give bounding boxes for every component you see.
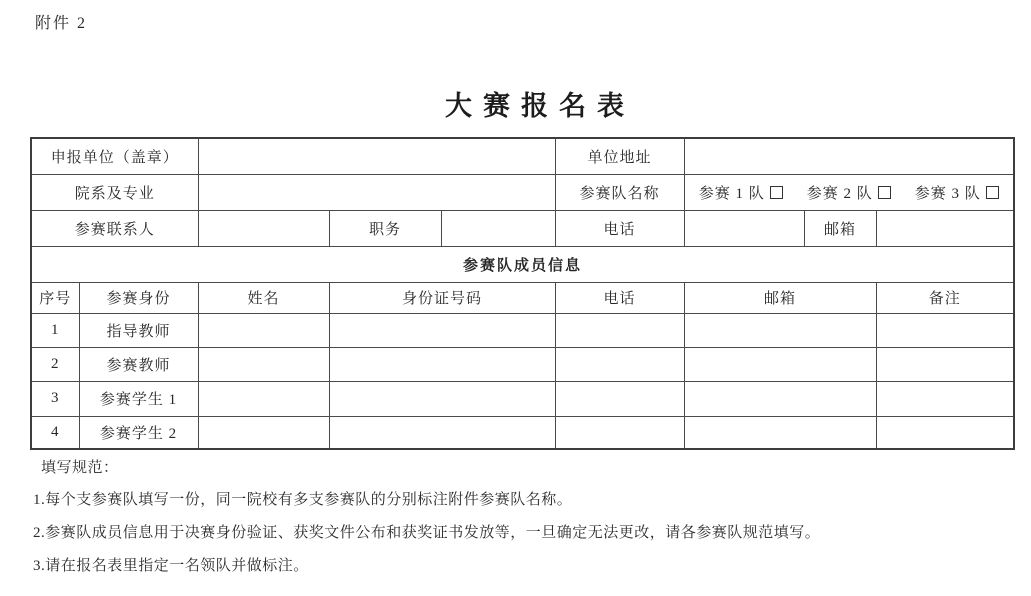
member-row-4: 4 参赛学生 2 <box>31 416 1014 449</box>
contact-email-input-cell[interactable] <box>876 210 1014 246</box>
position-label: 职务 <box>329 210 441 246</box>
member-4-id-cell[interactable] <box>329 416 555 449</box>
team-option-3-label: 参赛 3 队 <box>915 182 981 203</box>
member-2-no: 2 <box>31 347 79 381</box>
member-3-role: 参赛学生 1 <box>79 381 198 416</box>
member-2-email-cell[interactable] <box>684 347 876 381</box>
page-title: 大赛报名表 <box>40 84 1031 123</box>
team-option-3: 参赛 3 队 <box>915 182 999 203</box>
member-4-remark-cell[interactable] <box>876 416 1014 449</box>
member-2-phone-cell[interactable] <box>555 347 684 381</box>
unit-address-input-cell[interactable] <box>684 138 1014 174</box>
declaring-unit-input-cell[interactable] <box>198 138 555 174</box>
member-row-3: 3 参赛学生 1 <box>31 381 1014 416</box>
contact-label: 参赛联系人 <box>31 210 198 246</box>
declaring-unit-label: 申报单位（盖章） <box>31 138 198 174</box>
member-4-phone-cell[interactable] <box>555 416 684 449</box>
contact-input-cell[interactable] <box>198 210 329 246</box>
header-id-number: 身份证号码 <box>329 282 555 313</box>
member-1-remark-cell[interactable] <box>876 313 1014 347</box>
member-1-id-cell[interactable] <box>329 313 555 347</box>
row-contact: 参赛联系人 职务 电话 邮箱 <box>31 210 1014 246</box>
team-3-checkbox[interactable] <box>986 186 999 199</box>
row-members-section: 参赛队成员信息 <box>31 246 1014 282</box>
team-2-checkbox[interactable] <box>878 186 891 199</box>
member-4-no: 4 <box>31 416 79 449</box>
member-2-remark-cell[interactable] <box>876 347 1014 381</box>
row-declaring-unit: 申报单位（盖章） 单位地址 <box>31 138 1014 174</box>
member-1-phone-cell[interactable] <box>555 313 684 347</box>
registration-form-table: 申报单位（盖章） 单位地址 院系及专业 参赛队名称 参赛 1 队 参赛 2 队 … <box>30 137 1015 450</box>
header-name: 姓名 <box>198 282 329 313</box>
contact-phone-input-cell[interactable] <box>684 210 804 246</box>
team-options-cell: 参赛 1 队 参赛 2 队 参赛 3 队 <box>684 174 1014 210</box>
document-page: 附件 2 大赛报名表 申报单位（盖章） 单位地址 院系及专业 参赛队名称 参赛 … <box>0 0 1031 596</box>
header-phone: 电话 <box>555 282 684 313</box>
instruction-item-2: 2.参赛队成员信息用于决赛身份验证、获奖文件公布和获奖证书发放等，一旦确定无法更… <box>33 524 1013 543</box>
department-major-label: 院系及专业 <box>31 174 198 210</box>
header-role: 参赛身份 <box>79 282 198 313</box>
member-row-2: 2 参赛教师 <box>31 347 1014 381</box>
contact-email-label: 邮箱 <box>804 210 876 246</box>
member-1-role: 指导教师 <box>79 313 198 347</box>
member-4-email-cell[interactable] <box>684 416 876 449</box>
header-remark: 备注 <box>876 282 1014 313</box>
member-2-id-cell[interactable] <box>329 347 555 381</box>
instructions-heading: 填写规范： <box>33 456 1013 477</box>
team-option-1-label: 参赛 1 队 <box>699 182 765 203</box>
team-option-2: 参赛 2 队 <box>807 182 891 203</box>
member-4-name-cell[interactable] <box>198 416 329 449</box>
unit-address-label: 单位地址 <box>555 138 684 174</box>
member-1-name-cell[interactable] <box>198 313 329 347</box>
team-option-1: 参赛 1 队 <box>699 182 783 203</box>
member-row-1: 1 指导教师 <box>31 313 1014 347</box>
member-3-id-cell[interactable] <box>329 381 555 416</box>
row-members-header: 序号 参赛身份 姓名 身份证号码 电话 邮箱 备注 <box>31 282 1014 313</box>
position-input-cell[interactable] <box>441 210 555 246</box>
member-3-phone-cell[interactable] <box>555 381 684 416</box>
department-major-input-cell[interactable] <box>198 174 555 210</box>
member-2-role: 参赛教师 <box>79 347 198 381</box>
member-3-name-cell[interactable] <box>198 381 329 416</box>
team-option-2-label: 参赛 2 队 <box>807 182 873 203</box>
header-no: 序号 <box>31 282 79 313</box>
team-1-checkbox[interactable] <box>770 186 783 199</box>
header-email: 邮箱 <box>684 282 876 313</box>
member-3-email-cell[interactable] <box>684 381 876 416</box>
member-3-remark-cell[interactable] <box>876 381 1014 416</box>
member-1-email-cell[interactable] <box>684 313 876 347</box>
team-name-label: 参赛队名称 <box>555 174 684 210</box>
contact-phone-label: 电话 <box>555 210 684 246</box>
member-4-role: 参赛学生 2 <box>79 416 198 449</box>
attachment-label: 附件 2 <box>35 10 87 33</box>
member-3-no: 3 <box>31 381 79 416</box>
instruction-item-1: 1.每个支参赛队填写一份，同一院校有多支参赛队的分别标注附件参赛队名称。 <box>33 491 1013 510</box>
instruction-item-3: 3.请在报名表里指定一名领队并做标注。 <box>33 557 1013 576</box>
member-1-no: 1 <box>31 313 79 347</box>
row-department: 院系及专业 参赛队名称 参赛 1 队 参赛 2 队 参赛 3 队 <box>31 174 1014 210</box>
member-2-name-cell[interactable] <box>198 347 329 381</box>
filling-instructions: 填写规范： 1.每个支参赛队填写一份，同一院校有多支参赛队的分别标注附件参赛队名… <box>33 456 1013 590</box>
members-section-title: 参赛队成员信息 <box>31 246 1014 282</box>
